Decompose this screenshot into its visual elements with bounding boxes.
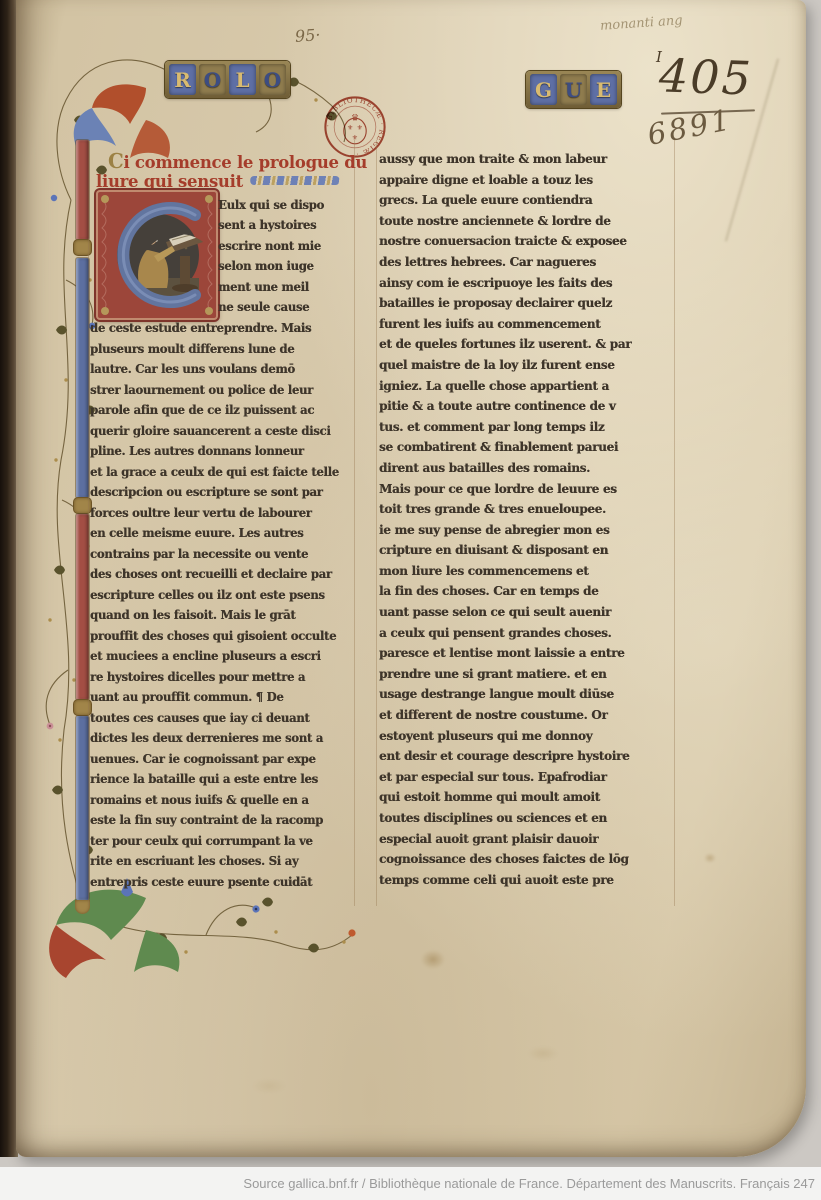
text-line: ainsy com ie escripuoye les faits des	[379, 273, 661, 294]
fleur-de-lis-icon: ⚜	[357, 123, 363, 132]
text-line: tus. et comment par long temps ilz	[379, 417, 661, 438]
ruling-line	[88, 140, 89, 906]
column2-text: aussy que mon traite & mon labeurappaire…	[379, 149, 673, 890]
text-line: des lettres hebrees. Car nagueres	[379, 252, 661, 273]
text-line: ment une meil	[218, 277, 341, 297]
text-line: nostre conuersacion traicte & exposee	[379, 231, 661, 252]
rubric-line-1: Ci commence le prologue du	[108, 149, 367, 173]
text-line: pline. Les autres donnans lonneur	[90, 441, 336, 462]
ruling-line	[376, 140, 377, 906]
text-line: batailles ie proposay declairer quelz	[379, 293, 661, 314]
text-line: strer laournement ou police de leur	[90, 380, 336, 401]
text-line: pluseurs moult differens lune de	[90, 339, 336, 360]
text-line: prendre une si grant matiere. et en	[379, 664, 661, 685]
ruling-line	[674, 140, 675, 906]
text-line: toutes disciplines ou sciences et en	[379, 808, 661, 829]
text-line: parole afin que de ce ilz puissent ac	[90, 400, 336, 421]
running-header-left: ROLO	[165, 61, 290, 98]
text-line: usage destrange langue moult diūse	[379, 684, 661, 705]
fleur-de-lis-icon: ⚜	[347, 123, 353, 132]
text-line: ent desir et courage descripre hystoire	[379, 746, 661, 767]
rubric-line-2: liure qui sensuit	[96, 172, 340, 192]
old-shelfmark: 6891	[645, 102, 736, 152]
header-letter: O	[259, 64, 286, 95]
text-line: dirent aus batailles des romains.	[379, 458, 661, 479]
text-line: ie me suy pense de abregier mon es	[379, 520, 661, 541]
text-line: romains et nous iuifs & quelle en a	[90, 790, 336, 811]
text-line: furent les iuifs au commencement	[379, 314, 661, 335]
text-line: mon liure les commencemens et	[379, 561, 661, 582]
text-line: contrains par la necessite ou vente	[90, 544, 336, 565]
text-line: et de queles fortunes ilz userent. & par	[379, 334, 661, 355]
rubric-text: liure qui sensuit	[96, 172, 243, 192]
manuscript-scan: 95· monanti ang I 405 6891	[0, 0, 821, 1200]
text-line: Mais pour ce que lordre de leuure es	[379, 479, 661, 500]
text-line: et muciees a encline pluseurs a escri	[90, 646, 336, 667]
running-header-right: GUE	[526, 71, 621, 108]
text-line: estoyent pluseurs qui me donnoy	[379, 726, 661, 747]
miniature-scene	[96, 190, 218, 320]
manuscript-page: 95· monanti ang I 405 6891	[16, 0, 806, 1157]
text-line: uenues. Car ie cognoissant par expe	[90, 749, 336, 770]
source-caption: Source gallica.bnf.fr / Bibliothèque nat…	[243, 1176, 815, 1191]
text-line: uant au prouffit commun. ¶ De	[90, 687, 336, 708]
text-line: prouffit des choses qui gisoient occulte	[90, 626, 336, 647]
text-line: toute nostre anciennete & lordre de	[379, 211, 661, 232]
header-letter: R	[169, 64, 196, 95]
text-line: selon mon iuge	[218, 256, 341, 276]
text-line: appaire digne et loable a touz les	[379, 170, 661, 191]
text-line: de ceste estude entreprendre. Mais	[90, 318, 336, 339]
text-line: toutes ces causes que iay ci deuant	[90, 708, 336, 729]
text-line: et different de nostre coustume. Or	[379, 705, 661, 726]
text-line: temps comme celi qui auoit este pre	[379, 870, 661, 891]
text-line: et par especial sur tous. Epafrodiar	[379, 767, 661, 788]
header-letter: U	[560, 74, 587, 105]
header-letter: G	[530, 74, 557, 105]
text-line: en celle meisme euure. Les autres	[90, 523, 336, 544]
text-line: Eulx qui se dispo	[218, 195, 341, 215]
text-line: cripture en diuisant & disposant en	[379, 540, 661, 561]
header-letter: O	[199, 64, 226, 95]
text-line: escripture celles ou ilz ont este psens	[90, 585, 336, 606]
column1-text: de ceste estude entreprendre. Maispluseu…	[90, 318, 354, 892]
text-line: quand on les faisoit. Mais le grāt	[90, 605, 336, 626]
text-line: este la fin suy contraint de la racomp	[90, 810, 336, 831]
text-line: dictes les deux derrenieres me sont a	[90, 728, 336, 749]
text-line: entrepris ceste euure psente cuidāt	[90, 872, 336, 893]
text-line: re hystoires dicelles pour mettre a	[90, 667, 336, 688]
text-line: querir gloire sauancerent a ceste disci	[90, 421, 336, 442]
folio-number: 405	[658, 48, 754, 105]
text-line: a ceulx qui pensent grandes choses.	[379, 623, 661, 644]
parchment-stain	[704, 853, 716, 863]
header-letter: E	[590, 74, 617, 105]
text-line: forces oultre leur vertu de labourer	[90, 503, 336, 524]
gallica-caption-bar: Source gallica.bnf.fr / Bibliothèque nat…	[0, 1167, 821, 1200]
parchment-stain	[528, 1046, 558, 1061]
fleur-de-lis-icon: ⚜	[352, 133, 358, 142]
text-line: paresce et lentise mont laissie a entre	[379, 643, 661, 664]
text-line: sent a hystoires	[218, 215, 341, 235]
folio-annotation: 95·	[294, 25, 321, 46]
text-line: et la grace a ceulx de qui est faicte te…	[90, 462, 336, 483]
header-letter: L	[229, 64, 256, 95]
text-line: ter pour ceulx qui corrumpant la ve	[90, 831, 336, 852]
text-line: descripcion ou escripture se sont par	[90, 482, 336, 503]
text-line: pitie & a toute autre continence de v	[379, 396, 661, 417]
text-line: igniez. La quelle chose appartient a	[379, 376, 661, 397]
text-line: escrire nont mie	[218, 236, 341, 256]
text-line: grecs. La quele euure contiendra	[379, 190, 661, 211]
line-filler-ornament	[251, 176, 340, 185]
parchment-stain	[252, 1078, 286, 1094]
text-line: se combatirent & finablement paruei	[379, 437, 661, 458]
text-line: rite en escriuant les choses. Si ay	[90, 851, 336, 872]
text-line: qui estoit homme qui moult amoit	[379, 787, 661, 808]
ruling-line	[354, 140, 355, 906]
text-line: ne seule cause	[218, 297, 341, 317]
text-line: la fin des choses. Car en temps de	[379, 581, 661, 602]
text-line: rience la bataille qui a este entre les	[90, 769, 336, 790]
text-line: toit tres grande & tres enueloupee.	[379, 499, 661, 520]
text-line: quel maistre de la loy ilz furent ense	[379, 355, 661, 376]
text-line: aussy que mon traite & mon labeur	[379, 149, 661, 170]
text-line: especial auoit grant plaisir dauoir	[379, 829, 661, 850]
illuminated-initial-miniature: C	[96, 190, 218, 320]
column1-text-beside-initial: Eulx qui se disposent a hystoiresescrire…	[218, 195, 350, 317]
text-line: des choses ont recueilli et declaire par	[90, 564, 336, 585]
text-line: uant passe selon ce qui seult auenir	[379, 602, 661, 623]
corner-inscription: monanti ang	[600, 13, 683, 34]
parchment-stain	[421, 950, 445, 969]
text-line: lautre. Car les uns voulans demō	[90, 359, 336, 380]
text-line: cognoissance des choses faictes de lōg	[379, 849, 661, 870]
